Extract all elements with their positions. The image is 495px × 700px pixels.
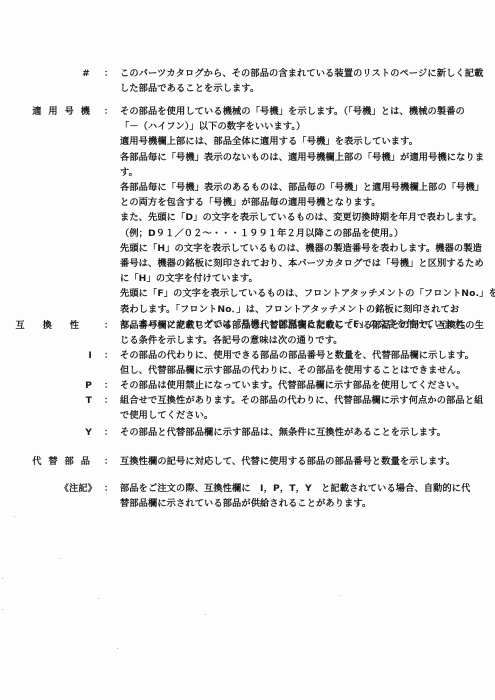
section-body: 部品をご注文の際、互換性欄に I，P，T，Y と記載されている場合、自動的に代 …	[120, 481, 420, 511]
colon-separator: ：	[104, 104, 113, 119]
symbol-label: Y	[85, 425, 92, 440]
colon-separator: ：	[104, 66, 113, 81]
symbol-body: 組合せで互換性があります。その部品の代わりに、代替部品欄に示す何点かの部品と組 …	[120, 393, 420, 423]
scan-speck	[98, 598, 99, 599]
scan-speck	[205, 614, 206, 615]
scan-speck	[395, 484, 396, 485]
scan-speck	[117, 648, 118, 649]
colon-separator: ：	[104, 348, 113, 363]
colon-separator: ：	[104, 425, 113, 440]
colon-separator: ：	[104, 378, 113, 393]
symbol-body: その部品の代わりに、使用できる部品の部品番号と数量を、代替部品欄に示します。 但…	[120, 348, 420, 378]
symbol-label: T	[86, 393, 92, 408]
section-label: 適用号機	[32, 104, 97, 119]
section-label: 《注記》	[60, 481, 97, 496]
section-label: #	[82, 66, 90, 81]
section-body: 部品番号欄に記載している部品と代替部品欄に記載している部品との間で、互換性の生 …	[120, 318, 420, 348]
scan-speck	[293, 510, 294, 511]
colon-separator: ：	[104, 318, 113, 333]
scan-speck	[106, 493, 107, 494]
section-body: 互換性欄の記号に対応して、代替に使用する部品の部品番号と数量を示します。	[120, 454, 420, 469]
scan-speck	[2, 578, 3, 579]
symbol-label: I	[88, 348, 92, 363]
section-body: このパーツカタログから、その部品の含まれている装置のリストのページに新しく記載 …	[120, 66, 420, 96]
colon-separator: ：	[104, 454, 113, 469]
section-label: 互換性	[15, 318, 97, 333]
document-page: # ： このパーツカタログから、その部品の含まれている装置のリストのページに新し…	[0, 0, 495, 700]
scan-speck	[2, 609, 3, 610]
colon-separator: ：	[104, 393, 113, 408]
section-body: その部品を使用している機械の「号機」を示します。（「号機」とは、機械の製番の 「…	[120, 104, 420, 332]
scan-speck	[258, 493, 259, 494]
section-label: 代替部品	[32, 454, 97, 469]
scan-speck	[14, 516, 15, 517]
scan-speck	[60, 558, 61, 559]
symbol-body: その部品と代替部品欄に示す部品は、無条件に互換性があることを示します。	[120, 425, 420, 440]
symbol-label: P	[85, 378, 92, 393]
symbol-body: その部品は使用禁止になっています。代替部品欄に示す部品を使用してください。	[120, 378, 420, 393]
scan-speck	[340, 595, 341, 596]
